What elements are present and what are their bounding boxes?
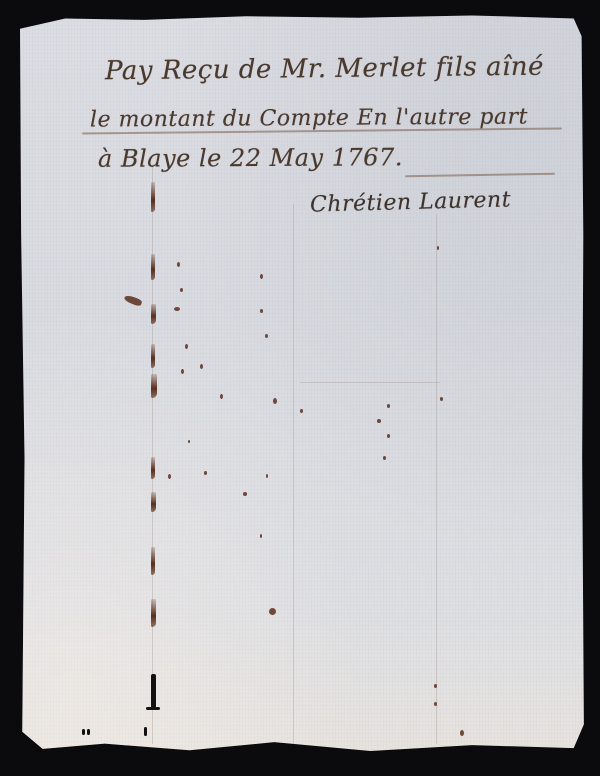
column-rule [293, 204, 294, 744]
ink-mark [151, 547, 155, 575]
ink-dot [200, 364, 203, 369]
receipt-line-3-date: à Blaye le 22 May 1767. [98, 143, 403, 173]
ink-mark [151, 304, 156, 324]
ink-dot [440, 397, 443, 401]
ink-mark [151, 492, 156, 512]
ink-dot [387, 434, 390, 438]
ink-dot [177, 262, 180, 267]
ink-mark [151, 182, 155, 212]
ink-dot [260, 274, 263, 279]
ink-mark [87, 729, 90, 735]
ink-dot [437, 246, 439, 250]
ink-dot [260, 309, 263, 313]
ink-mark [151, 674, 156, 708]
ink-dot [377, 419, 381, 423]
ink-mark [82, 729, 85, 735]
ink-dot [220, 394, 223, 399]
signature: Chrétien Laurent [310, 187, 512, 217]
ink-dot [434, 702, 437, 706]
ink-dot [260, 534, 262, 538]
photo-frame: Pay Reçu de Mr. Merlet fils aîné le mont… [0, 0, 600, 776]
column-rule [436, 214, 437, 744]
ink-dot [185, 344, 188, 349]
ink-mark [151, 254, 155, 280]
ink-dot [180, 288, 183, 292]
ink-mark [151, 374, 157, 398]
ink-dot [174, 307, 180, 311]
ink-dot [383, 456, 386, 460]
ink-dot [460, 730, 464, 736]
ink-mark [144, 727, 147, 736]
ink-dot [204, 471, 207, 475]
ink-dot [266, 474, 268, 478]
ink-dot [243, 492, 247, 496]
ink-blot [123, 294, 142, 307]
ink-dot [269, 608, 276, 615]
document-sheet: Pay Reçu de Mr. Merlet fils aîné le mont… [20, 14, 585, 754]
ink-mark [151, 599, 156, 627]
ink-dot [300, 409, 303, 413]
receipt-line-1: Pay Reçu de Mr. Merlet fils aîné [105, 52, 544, 87]
ink-mark [151, 457, 155, 479]
ink-mark [151, 344, 155, 368]
ink-mark [146, 707, 160, 710]
ink-dot [387, 404, 390, 408]
ink-dot [168, 474, 171, 479]
ink-dot [434, 684, 437, 688]
fold-line [300, 382, 440, 383]
column-rule [152, 164, 153, 744]
ink-dot [273, 398, 277, 404]
ink-dot [265, 334, 268, 338]
ink-dot [181, 369, 184, 374]
date-underline [405, 173, 555, 178]
ink-dot [188, 440, 190, 443]
